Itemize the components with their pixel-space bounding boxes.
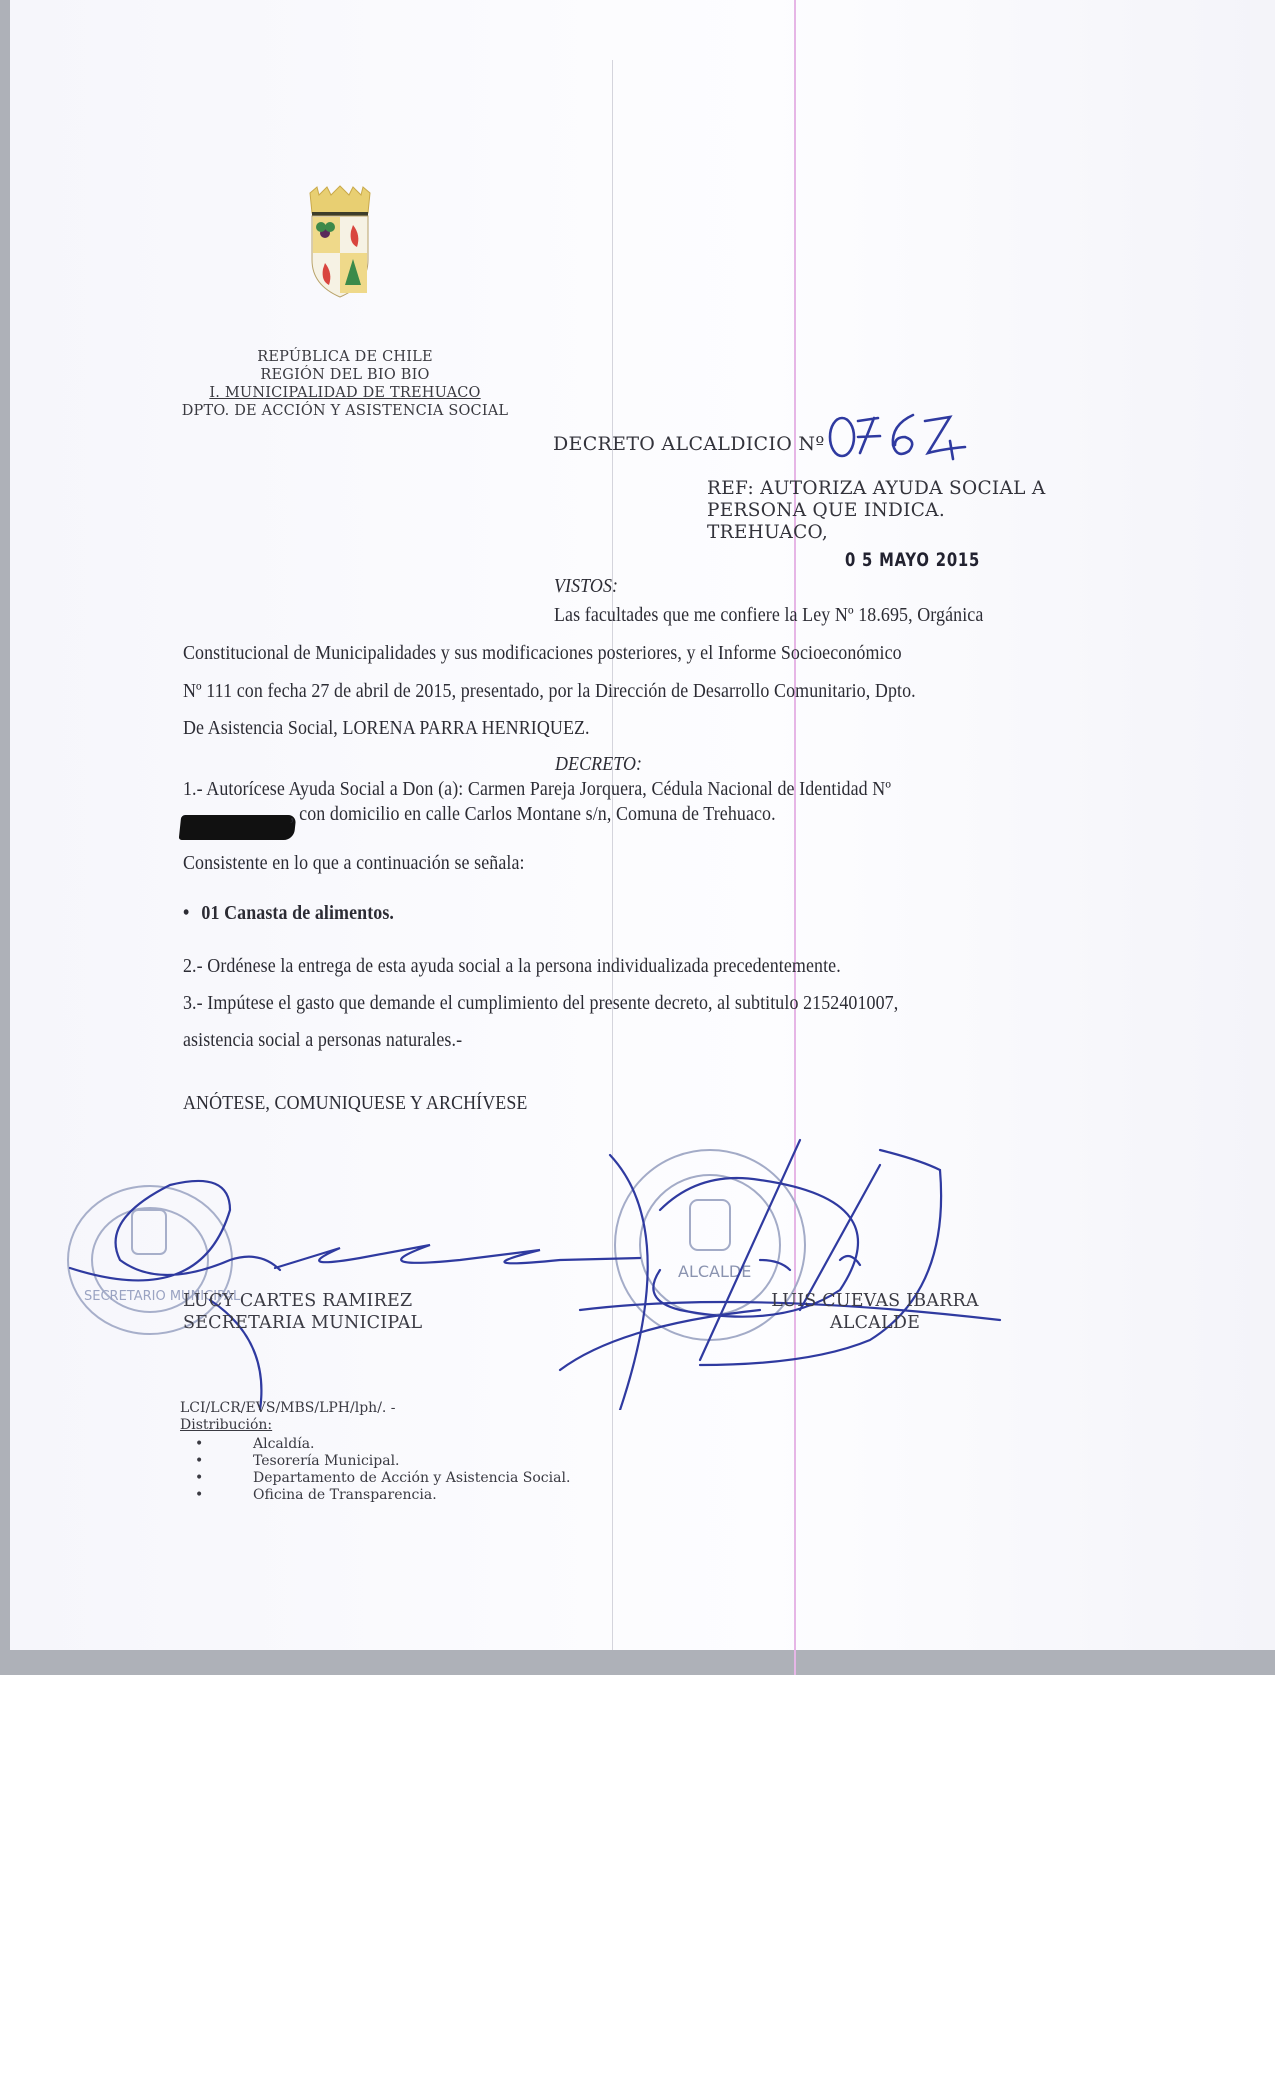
decree-title: DECRETO ALCALDICIO Nº	[553, 433, 825, 455]
letterhead-region: REGIÓN DEL BIO BIO	[160, 366, 530, 384]
letterhead-country: REPÚBLICA DE CHILE	[160, 348, 530, 366]
distribution-item: •Departamento de Acción y Asistencia Soc…	[195, 1470, 570, 1487]
coat-of-arms-icon	[305, 185, 375, 305]
letterhead-municipality: I. MUNICIPALIDAD DE TREHUACO	[160, 384, 530, 402]
bullet-icon: •	[195, 1453, 253, 1470]
mayor-name: LUIS CUEVAS IBARRA	[760, 1290, 990, 1312]
scan-artifact-line	[612, 60, 613, 1650]
reference-block: REF: AUTORIZA AYUDA SOCIAL A PERSONA QUE…	[707, 478, 1046, 544]
vistos-line-2: Constitucional de Municipalidades y sus …	[183, 643, 902, 665]
distribution-item: •Oficina de Transparencia.	[195, 1487, 570, 1504]
aid-item: •01 Canasta de alimentos.	[183, 903, 394, 925]
decreto-item-3-line-2: asistencia social a personas naturales.-	[183, 1030, 462, 1052]
secretary-role: SECRETARIA MUNICIPAL	[183, 1312, 422, 1334]
distribution-item: •Tesorería Municipal.	[195, 1453, 570, 1470]
reference-line-2: PERSONA QUE INDICA.	[707, 500, 1046, 522]
redacted-id-number	[179, 815, 297, 840]
reference-line-1: REF: AUTORIZA AYUDA SOCIAL A	[707, 478, 1046, 500]
distribution-item: •Alcaldía.	[195, 1436, 570, 1453]
consistente-line: Consistente en lo que a continuación se …	[183, 853, 525, 875]
vistos-line-3: Nº 111 con fecha 27 de abril de 2015, pr…	[183, 681, 916, 703]
decreto-item-2: 2.- Ordénese la entrega de esta ayuda so…	[183, 956, 841, 978]
aid-item-label: 01 Canasta de alimentos.	[201, 903, 394, 924]
decreto-heading: DECRETO:	[555, 754, 642, 776]
bullet-icon: •	[195, 1470, 253, 1487]
initials-line: LCI/LCR/EVS/MBS/LPH/lph/. -	[180, 1400, 396, 1417]
letterhead-department: DPTO. DE ACCIÓN Y ASISTENCIA SOCIAL	[160, 402, 530, 420]
reference-line-3: TREHUACO,	[707, 522, 1046, 544]
decreto-item-3-line-1: 3.- Impútese el gasto que demande el cum…	[183, 993, 898, 1015]
secretary-signature-block: LUCY CARTES RAMIREZ SECRETARIA MUNICIPAL	[183, 1290, 422, 1334]
mayor-signature-block: LUIS CUEVAS IBARRA ALCALDE	[760, 1290, 990, 1334]
bullet-icon: •	[195, 1436, 253, 1453]
decreto-item-1-line-1: 1.- Autorícese Ayuda Social a Don (a): C…	[183, 779, 891, 801]
handwritten-signatures	[60, 1110, 1060, 1410]
mayor-role: ALCALDE	[760, 1312, 990, 1334]
date-stamp: 0 5 MAYO 2015	[845, 549, 980, 571]
distribution-list: •Alcaldía. •Tesorería Municipal. •Depart…	[195, 1436, 570, 1504]
handwritten-decree-number	[825, 405, 975, 465]
secretary-name: LUCY CARTES RAMIREZ	[183, 1290, 422, 1312]
vistos-line-1: Las facultades que me confiere la Ley Nº…	[554, 605, 983, 627]
letterhead: REPÚBLICA DE CHILE REGIÓN DEL BIO BIO I.…	[160, 348, 530, 420]
vistos-line-4: De Asistencia Social, LORENA PARRA HENRI…	[183, 718, 590, 740]
distribution-heading: Distribución:	[180, 1417, 272, 1434]
decreto-item-1-line-2: , con domicilio en calle Carlos Montane …	[290, 804, 776, 826]
bullet-icon: •	[183, 903, 201, 925]
bullet-icon: •	[195, 1487, 253, 1504]
scan-artifact-line-pink	[794, 0, 796, 1675]
vistos-heading: VISTOS:	[554, 576, 618, 598]
